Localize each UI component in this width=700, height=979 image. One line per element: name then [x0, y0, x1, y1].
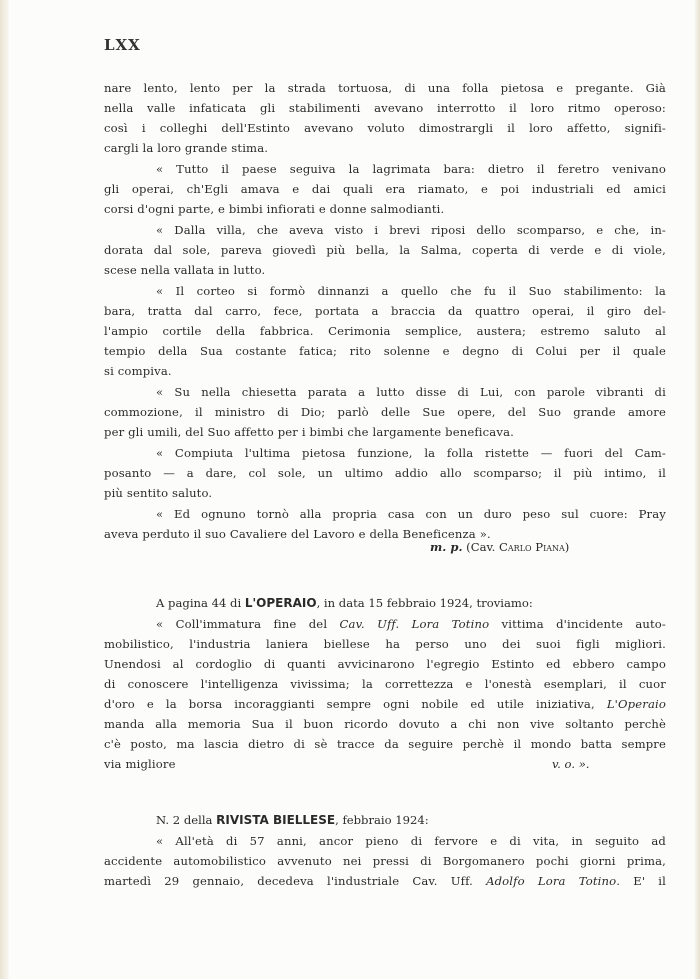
- text-line: « Tutto il paese seguiva la lagrimata ba…: [104, 159, 666, 179]
- text-line: accidente automobilistico avvenuto nei p…: [104, 851, 666, 871]
- text-line: più sentito saluto.: [104, 483, 666, 503]
- text-line: mobilistico, l'industria laniera bielles…: [104, 634, 666, 654]
- text-line: si compiva.: [104, 361, 666, 381]
- text-line: gli operai, ch'Egli amava e dai quali er…: [104, 179, 666, 199]
- text-line: scese nella vallata in lutto.: [104, 260, 666, 280]
- text-line: « Compiuta l'ultima pietosa funzione, la…: [104, 443, 666, 463]
- text-line: bara, tratta dal carro, fece, portata a …: [104, 301, 666, 321]
- text-line: così i colleghi dell'Estinto avevano vol…: [104, 118, 666, 138]
- signature: m. p. (Cav. Carlo Piana): [430, 537, 569, 557]
- text-line: c'è posto, ma lascia dietro di sè tracce…: [104, 734, 666, 754]
- source-intro: A pagina 44 di L'OPERAIO, in data 15 feb…: [156, 593, 533, 613]
- closing-initials: v. o. ».: [552, 754, 589, 774]
- text-line: dorata dal sole, pareva giovedì più bell…: [104, 240, 666, 260]
- text-line: « Coll'immatura fine del Cav. Uff. Lora …: [104, 614, 666, 634]
- text-line: « Su nella chiesetta parata a lutto diss…: [104, 382, 666, 402]
- source-title: L'OPERAIO: [245, 596, 317, 610]
- text-line: per gli umili, del Suo affetto per i bim…: [104, 422, 666, 442]
- text-line: d'oro e la borsa incoraggianti sempre og…: [104, 694, 666, 714]
- page-number: LXX: [104, 36, 141, 54]
- text-line: nare lento, lento per la strada tortuosa…: [104, 78, 666, 98]
- text-line: « Ed ognuno tornò alla propria casa con …: [104, 504, 666, 524]
- text-line: « Il corteo si formò dinnanzi a quello c…: [104, 281, 666, 301]
- page-right-edge: [694, 0, 700, 979]
- source-intro: N. 2 della RIVISTA BIELLESE, febbraio 19…: [156, 810, 429, 830]
- text-line: aveva perduto il suo Cavaliere del Lavor…: [104, 524, 666, 544]
- signature-name-last: Piana: [535, 540, 565, 554]
- text-line: tempio della Sua costante fatica; rito s…: [104, 341, 666, 361]
- page-left-edge: [0, 0, 9, 979]
- text-line: cargli la loro grande stima.: [104, 138, 666, 158]
- text-line: di conoscere l'intelligenza vivissima; l…: [104, 674, 666, 694]
- text-line: commozione, il ministro di Dio; parlò de…: [104, 402, 666, 422]
- text-line: « All'età di 57 anni, ancor pieno di fer…: [104, 831, 666, 851]
- text-line: l'ampio cortile della fabbrica. Cerimoni…: [104, 321, 666, 341]
- text-line: « Dalla villa, che aveva visto i brevi r…: [104, 220, 666, 240]
- text-line: corsi d'ogni parte, e bimbi infiorati e …: [104, 199, 666, 219]
- signature-initials: m. p.: [430, 540, 462, 554]
- signature-name-first: Carlo: [499, 540, 532, 554]
- text-line: martedì 29 gennaio, decedeva l'industria…: [104, 871, 666, 891]
- text-line: Unendosi al cordoglio di quanti avvicina…: [104, 654, 666, 674]
- source-title: RIVISTA BIELLESE: [216, 813, 335, 827]
- text-line: posanto — a dare, col sole, un ultimo ad…: [104, 463, 666, 483]
- text-line: nella valle infaticata gli stabilimenti …: [104, 98, 666, 118]
- text-line: manda alla memoria Sua il buon ricordo d…: [104, 714, 666, 734]
